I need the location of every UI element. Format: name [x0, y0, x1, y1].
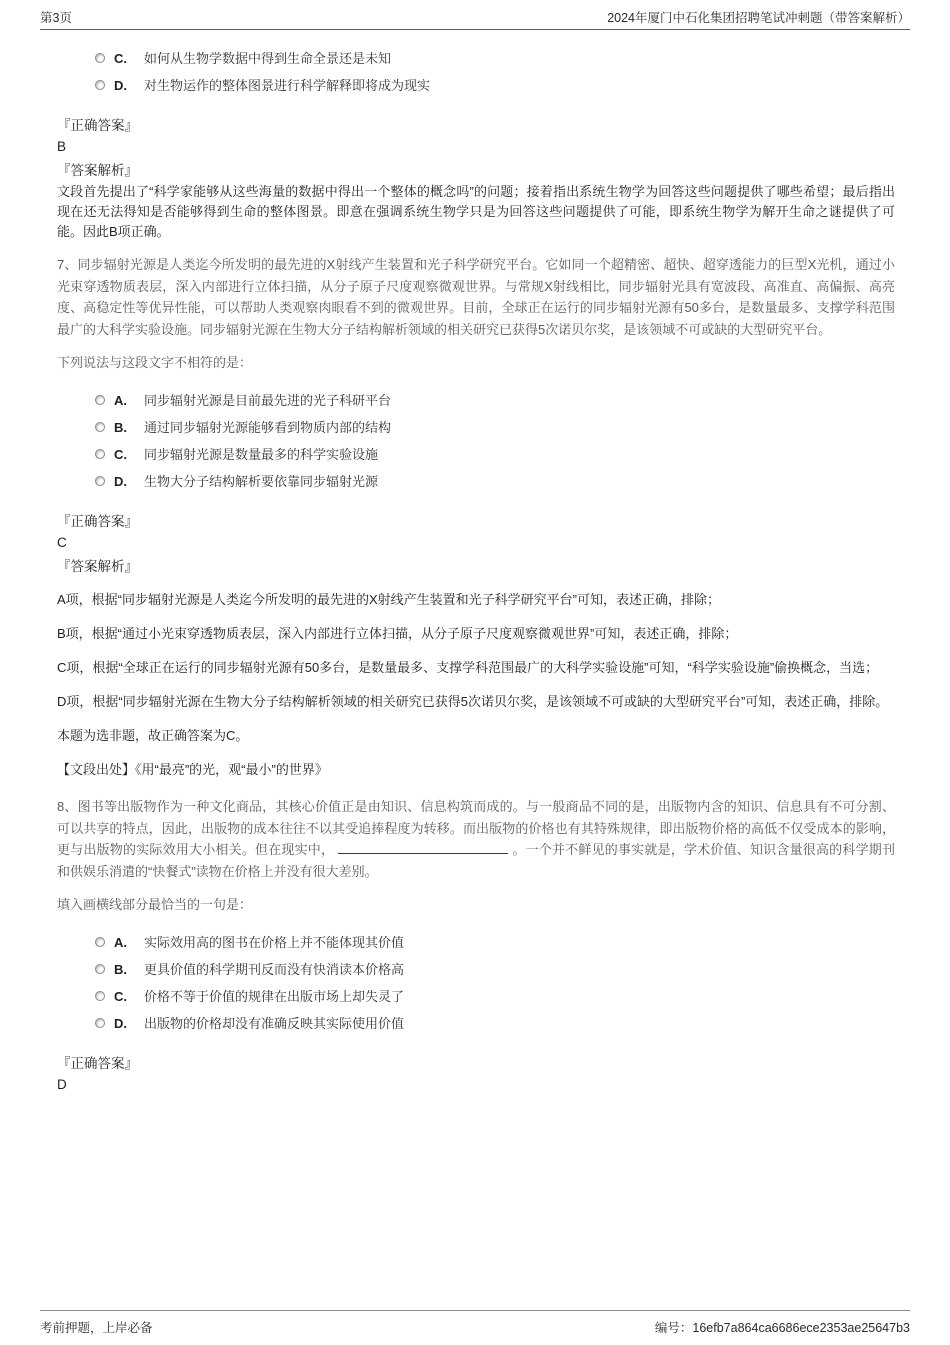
option-letter: D.: [114, 472, 144, 491]
radio-button[interactable]: [95, 1018, 105, 1028]
option-letter: D.: [114, 1014, 144, 1033]
radio-button[interactable]: [95, 53, 105, 63]
correct-answer-label: 『正确答案』: [57, 1055, 895, 1073]
footer-slogan: 考前押题，上岸必备: [40, 1318, 153, 1336]
analysis-paragraph: C项，根据“全球正在运行的同步辐射光源有50多台，是数量最多、支撑学科范围最广的…: [57, 658, 895, 678]
footer-serial: 编号：16efb7a864ca6686ece2353ae25647b3: [655, 1318, 910, 1336]
correct-answer-label: 『正确答案』: [57, 513, 895, 531]
correct-answer-value: C: [57, 533, 895, 552]
option-text: 出版物的价格却没有准确反映其实际使用价值: [144, 1014, 404, 1033]
question-passage: 7、同步辐射光源是人类迄今所发明的最先进的X射线产生装置和光子科学研究平台。它如…: [57, 254, 895, 340]
analysis-label: 『答案解析』: [57, 162, 895, 180]
option-letter: B.: [114, 960, 144, 979]
radio-button[interactable]: [95, 422, 105, 432]
question7-options: A. 同步辐射光源是目前最先进的光子科研平台 B. 通过同步辐射光源能够看到物质…: [57, 387, 895, 495]
option-text: 生物大分子结构解析要依靠同步辐射光源: [144, 472, 378, 491]
option-text: 同步辐射光源是数量最多的科学实验设施: [144, 445, 378, 464]
analysis-paragraph: B项，根据“通过小光束穿透物质表层，深入内部进行立体扫描，从分子原子尺度观察微观…: [57, 624, 895, 644]
question6-section: C. 如何从生物学数据中得到生命全景还是未知 D. 对生物运作的整体图景进行科学…: [57, 45, 895, 242]
option-row[interactable]: D. 生物大分子结构解析要依靠同步辐射光源: [95, 468, 895, 495]
analysis-label: 『答案解析』: [57, 558, 895, 576]
option-row[interactable]: D. 出版物的价格却没有准确反映其实际使用价值: [95, 1010, 895, 1037]
radio-button[interactable]: [95, 449, 105, 459]
question7-section: 7、同步辐射光源是人类迄今所发明的最先进的X射线产生装置和光子科学研究平台。它如…: [57, 254, 895, 780]
page-number: 第3页: [40, 8, 72, 26]
option-row[interactable]: A. 实际效用高的图书在价格上并不能体现其价值: [95, 929, 895, 956]
option-row[interactable]: C. 价格不等于价值的规律在出版市场上却失灵了: [95, 983, 895, 1010]
option-letter: A.: [114, 391, 144, 410]
radio-button[interactable]: [95, 937, 105, 947]
option-text: 更具价值的科学期刊反而没有快消读本价格高: [144, 960, 404, 979]
analysis-conclusion: 本题为选非题，故正确答案为C。: [57, 726, 895, 746]
question6-options: C. 如何从生物学数据中得到生命全景还是未知 D. 对生物运作的整体图景进行科学…: [57, 45, 895, 99]
correct-answer-value: B: [57, 137, 895, 156]
radio-button[interactable]: [95, 395, 105, 405]
radio-button[interactable]: [95, 991, 105, 1001]
radio-button[interactable]: [95, 476, 105, 486]
page-footer: 考前押题，上岸必备 编号：16efb7a864ca6686ece2353ae25…: [40, 1310, 910, 1336]
option-row[interactable]: D. 对生物运作的整体图景进行科学解释即将成为现实: [95, 72, 895, 99]
analysis-paragraph: D项，根据“同步辐射光源在生物大分子结构解析领域的相关研究已获得5次诺贝尔奖，是…: [57, 692, 895, 712]
option-text: 对生物运作的整体图景进行科学解释即将成为现实: [144, 76, 430, 95]
blank-underline: [338, 841, 508, 854]
analysis-paragraph: 文段首先提出了“科学家能够从这些海量的数据中得出一个整体的概念吗”的问题；接着指…: [57, 182, 895, 242]
option-text: 同步辐射光源是目前最先进的光子科研平台: [144, 391, 391, 410]
option-row[interactable]: B. 更具价值的科学期刊反而没有快消读本价格高: [95, 956, 895, 983]
question-stem: 填入画横线部分最恰当的一句是：: [57, 895, 895, 914]
option-letter: B.: [114, 418, 144, 437]
analysis-paragraph: A项，根据“同步辐射光源是人类迄今所发明的最先进的X射线产生装置和光子科学研究平…: [57, 590, 895, 610]
option-text: 如何从生物学数据中得到生命全景还是未知: [144, 49, 391, 68]
document-page: 第3页 2024年厦门中石化集团招聘笔试冲刺题（带答案解析） C. 如何从生物学…: [0, 0, 950, 1345]
option-letter: D.: [114, 76, 144, 95]
option-row[interactable]: C. 同步辐射光源是数量最多的科学实验设施: [95, 441, 895, 468]
option-text: 通过同步辐射光源能够看到物质内部的结构: [144, 418, 391, 437]
option-letter: A.: [114, 933, 144, 952]
option-letter: C.: [114, 49, 144, 68]
correct-answer-value: D: [57, 1075, 895, 1094]
content: C. 如何从生物学数据中得到生命全景还是未知 D. 对生物运作的整体图景进行科学…: [57, 30, 895, 1094]
radio-button[interactable]: [95, 964, 105, 974]
doc-title: 2024年厦门中石化集团招聘笔试冲刺题（带答案解析）: [607, 8, 910, 26]
question8-section: 8、图书等出版物作为一种文化商品，其核心价值正是由知识、信息构筑而成的。与一般商…: [57, 796, 895, 1094]
option-row[interactable]: C. 如何从生物学数据中得到生命全景还是未知: [95, 45, 895, 72]
question-passage: 8、图书等出版物作为一种文化商品，其核心价值正是由知识、信息构筑而成的。与一般商…: [57, 796, 895, 882]
option-letter: C.: [114, 445, 144, 464]
option-row[interactable]: A. 同步辐射光源是目前最先进的光子科研平台: [95, 387, 895, 414]
question8-options: A. 实际效用高的图书在价格上并不能体现其价值 B. 更具价值的科学期刊反而没有…: [57, 929, 895, 1037]
option-row[interactable]: B. 通过同步辐射光源能够看到物质内部的结构: [95, 414, 895, 441]
option-text: 价格不等于价值的规律在出版市场上却失灵了: [144, 987, 404, 1006]
radio-button[interactable]: [95, 80, 105, 90]
page-header: 第3页 2024年厦门中石化集团招聘笔试冲刺题（带答案解析）: [40, 0, 910, 30]
option-letter: C.: [114, 987, 144, 1006]
correct-answer-label: 『正确答案』: [57, 117, 895, 135]
source-note: 【文段出处】《用“最亮”的光，观“最小”的世界》: [57, 760, 895, 780]
option-text: 实际效用高的图书在价格上并不能体现其价值: [144, 933, 404, 952]
question-stem: 下列说法与这段文字不相符的是：: [57, 353, 895, 372]
